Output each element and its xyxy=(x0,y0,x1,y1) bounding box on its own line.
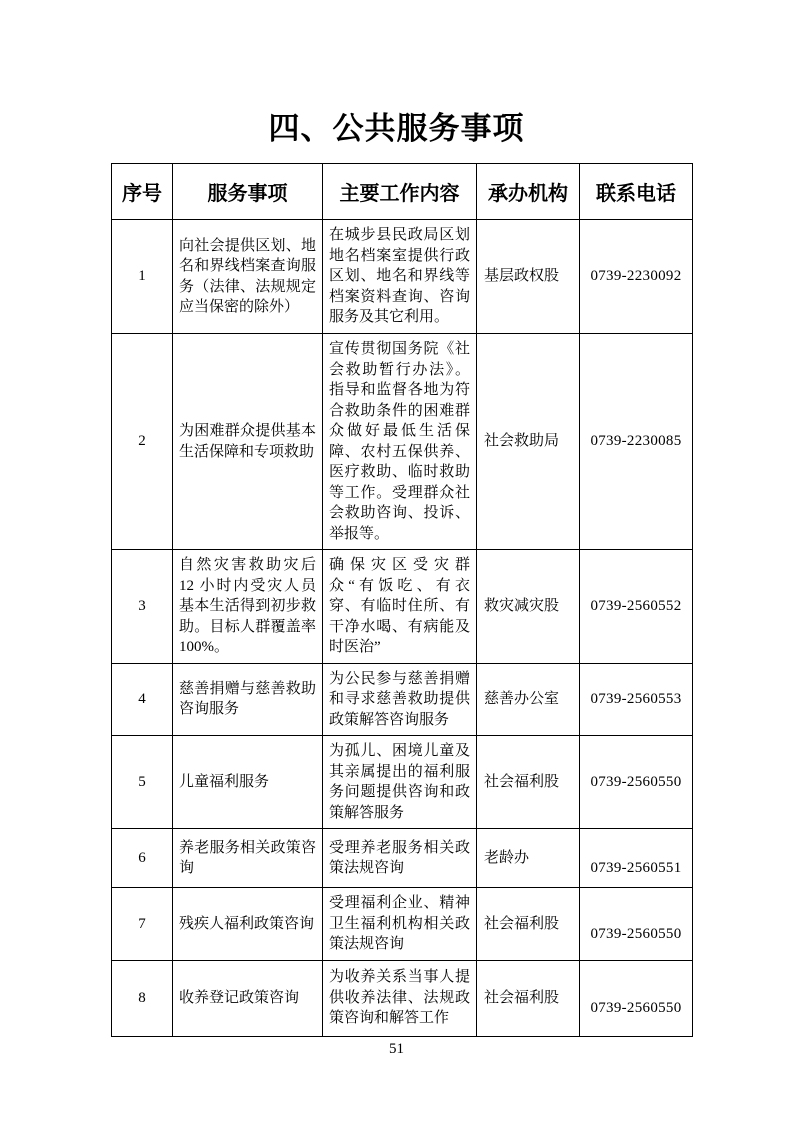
cell-phone: 0739-2560551 xyxy=(580,829,693,888)
table-row: 5 儿童福利服务 为孤儿、困境儿童及其亲属提出的福利服务问题提供咨询和政策解答服… xyxy=(112,736,693,829)
cell-phone: 0739-2560553 xyxy=(580,663,693,736)
page-title: 四、公共服务事项 xyxy=(0,103,793,148)
table-row: 8 收养登记政策咨询 为收养关系当事人提供收养法律、法规政策咨询和解答工作 社会… xyxy=(112,960,693,1036)
service-text: 为困难群众提供基本生活保障和专项救助 xyxy=(179,421,316,462)
cell-service: 向社会提供区划、地名和界线档案查询服务（法律、法规规定应当保密的除外） xyxy=(173,220,323,334)
cell-agency: 社会福利股 xyxy=(477,888,580,961)
table-row: 4 慈善捐赠与慈善救助咨询服务 为公民参与慈善捐赠和寻求慈善救助提供政策解答咨询… xyxy=(112,663,693,736)
cell-no: 6 xyxy=(112,829,173,888)
content-text: 为收养关系当事人提供收养法律、法规政策咨询和解答工作 xyxy=(329,967,470,1029)
cell-content: 受理福利企业、精神卫生福利机构相关政策法规咨询 xyxy=(323,888,477,961)
cell-agency: 救灾减灾股 xyxy=(477,550,580,664)
table-row: 2 为困难群众提供基本生活保障和专项救助 宣传贯彻国务院《社会救助暂行办法》。指… xyxy=(112,334,693,550)
cell-agency: 社会救助局 xyxy=(477,334,580,550)
public-services-table: 序号 服务事项 主要工作内容 承办机构 联系电话 1 向社会提供区划、地名和界线… xyxy=(111,163,693,1037)
cell-service: 养老服务相关政策咨询 xyxy=(173,829,323,888)
cell-content: 为收养关系当事人提供收养法律、法规政策咨询和解答工作 xyxy=(323,960,477,1036)
cell-agency: 社会福利股 xyxy=(477,736,580,829)
content-text: 受理养老服务相关政策法规咨询 xyxy=(329,838,470,879)
cell-phone: 0739-2230092 xyxy=(580,220,693,334)
cell-service: 收养登记政策咨询 xyxy=(173,960,323,1036)
document-page: 四、公共服务事项 序号 服务事项 主要工作内容 承办机构 联系电话 1 向社会提… xyxy=(0,0,793,1122)
col-header-phone: 联系电话 xyxy=(580,164,693,220)
cell-content: 在城步县民政局区划地名档案室提供行政区划、地名和界线等档案资料查询、咨询服务及其… xyxy=(323,220,477,334)
cell-service: 残疾人福利政策咨询 xyxy=(173,888,323,961)
col-header-agency: 承办机构 xyxy=(477,164,580,220)
service-text: 慈善捐赠与慈善救助咨询服务 xyxy=(179,679,316,720)
cell-no: 2 xyxy=(112,334,173,550)
cell-phone: 0739-2560550 xyxy=(580,960,693,1036)
cell-no: 3 xyxy=(112,550,173,664)
cell-service: 自然灾害救助灾后 12 小时内受灾人员基本生活得到初步救助。目标人群覆盖率 10… xyxy=(173,550,323,664)
col-header-service: 服务事项 xyxy=(173,164,323,220)
service-text: 养老服务相关政策咨询 xyxy=(179,838,316,879)
cell-agency: 老龄办 xyxy=(477,829,580,888)
content-text: 为公民参与慈善捐赠和寻求慈善救助提供政策解答咨询服务 xyxy=(329,669,470,731)
cell-service: 儿童福利服务 xyxy=(173,736,323,829)
cell-no: 4 xyxy=(112,663,173,736)
table-row: 3 自然灾害救助灾后 12 小时内受灾人员基本生活得到初步救助。目标人群覆盖率 … xyxy=(112,550,693,664)
cell-content: 为孤儿、困境儿童及其亲属提出的福利服务问题提供咨询和政策解答服务 xyxy=(323,736,477,829)
cell-service: 慈善捐赠与慈善救助咨询服务 xyxy=(173,663,323,736)
cell-no: 7 xyxy=(112,888,173,961)
cell-phone: 0739-2560552 xyxy=(580,550,693,664)
cell-agency: 社会福利股 xyxy=(477,960,580,1036)
content-text: 确保灾区受灾群众“有饭吃、有衣穿、有临时住所、有干净水喝、有病能及时医治” xyxy=(329,555,470,658)
cell-no: 8 xyxy=(112,960,173,1036)
col-header-no: 序号 xyxy=(112,164,173,220)
content-text: 受理福利企业、精神卫生福利机构相关政策法规咨询 xyxy=(329,893,470,955)
service-text: 向社会提供区划、地名和界线档案查询服务（法律、法规规定应当保密的除外） xyxy=(179,236,316,318)
service-text: 儿童福利服务 xyxy=(179,772,316,793)
content-text: 宣传贯彻国务院《社会救助暂行办法》。指导和监督各地为符合救助条件的困难群众做好最… xyxy=(329,339,470,544)
cell-agency: 慈善办公室 xyxy=(477,663,580,736)
cell-content: 确保灾区受灾群众“有饭吃、有衣穿、有临时住所、有干净水喝、有病能及时医治” xyxy=(323,550,477,664)
col-header-content: 主要工作内容 xyxy=(323,164,477,220)
cell-service: 为困难群众提供基本生活保障和专项救助 xyxy=(173,334,323,550)
table-row: 1 向社会提供区划、地名和界线档案查询服务（法律、法规规定应当保密的除外） 在城… xyxy=(112,220,693,334)
cell-agency: 基层政权股 xyxy=(477,220,580,334)
cell-no: 5 xyxy=(112,736,173,829)
content-text: 在城步县民政局区划地名档案室提供行政区划、地名和界线等档案资料查询、咨询服务及其… xyxy=(329,225,470,328)
cell-no: 1 xyxy=(112,220,173,334)
service-text: 自然灾害救助灾后 12 小时内受灾人员基本生活得到初步救助。目标人群覆盖率 10… xyxy=(179,555,316,658)
table-row: 6 养老服务相关政策咨询 受理养老服务相关政策法规咨询 老龄办 0739-256… xyxy=(112,829,693,888)
page-number: 51 xyxy=(0,1041,793,1058)
cell-content: 宣传贯彻国务院《社会救助暂行办法》。指导和监督各地为符合救助条件的困难群众做好最… xyxy=(323,334,477,550)
cell-phone: 0739-2560550 xyxy=(580,888,693,961)
content-text: 为孤儿、困境儿童及其亲属提出的福利服务问题提供咨询和政策解答服务 xyxy=(329,741,470,823)
cell-phone: 0739-2560550 xyxy=(580,736,693,829)
cell-phone: 0739-2230085 xyxy=(580,334,693,550)
cell-content: 受理养老服务相关政策法规咨询 xyxy=(323,829,477,888)
cell-content: 为公民参与慈善捐赠和寻求慈善救助提供政策解答咨询服务 xyxy=(323,663,477,736)
table-row: 7 残疾人福利政策咨询 受理福利企业、精神卫生福利机构相关政策法规咨询 社会福利… xyxy=(112,888,693,961)
service-text: 收养登记政策咨询 xyxy=(179,988,316,1009)
service-text: 残疾人福利政策咨询 xyxy=(179,914,316,935)
table-header-row: 序号 服务事项 主要工作内容 承办机构 联系电话 xyxy=(112,164,693,220)
